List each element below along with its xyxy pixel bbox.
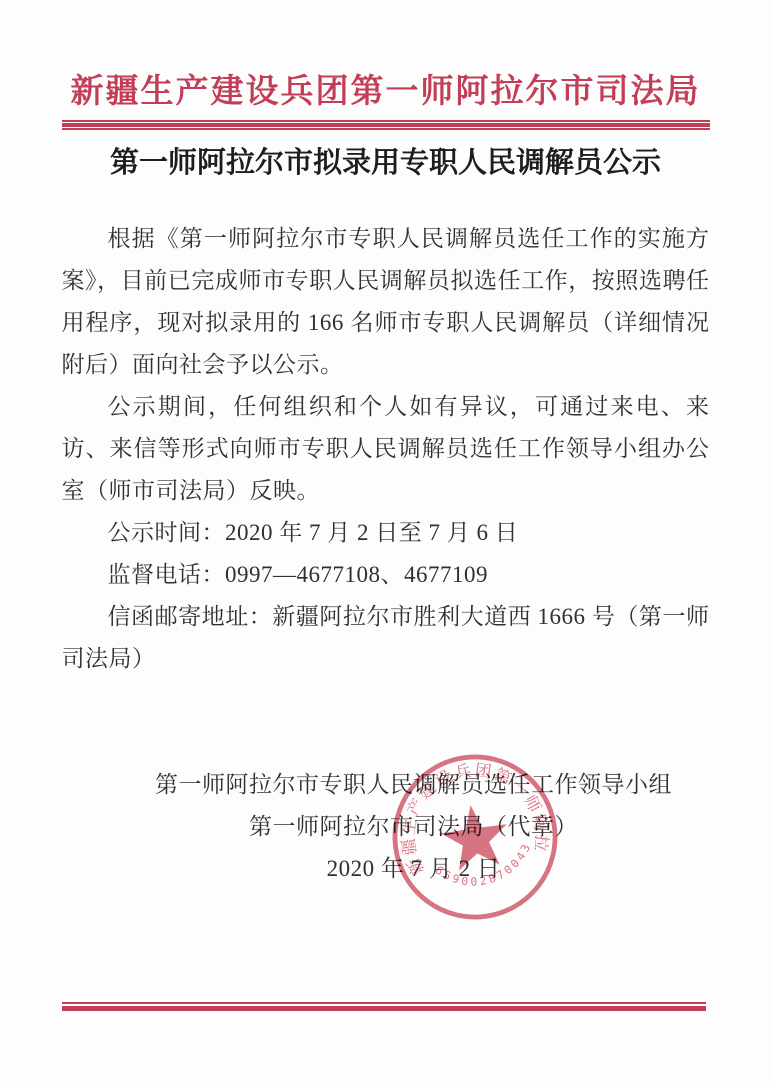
- footer-divider: [62, 1002, 706, 1011]
- letterhead-title: 新疆生产建设兵团第一师阿拉尔市司法局: [0, 70, 771, 114]
- paragraph-intro: 根据《第一师阿拉尔市专职人民调解员选任工作的实施方案》，目前已完成师市专职人民调…: [62, 218, 710, 386]
- line-mail-address: 信函邮寄地址：新疆阿拉尔市胜利大道西 1666 号（第一师司法局）: [62, 596, 710, 680]
- letterhead-divider: [62, 120, 710, 130]
- signature-agency-line: 第一师阿拉尔市司法局（代章）: [118, 806, 710, 848]
- signature-block: 第一师阿拉尔市专职人民调解员选任工作领导小组 第一师阿拉尔市司法局（代章） 20…: [62, 764, 710, 890]
- signature-org-line: 第一师阿拉尔市专职人民调解员选任工作领导小组: [118, 764, 710, 806]
- document-title: 第一师阿拉尔市拟录用专职人民调解员公示: [0, 144, 771, 182]
- line-publicity-period: 公示时间：2020 年 7 月 2 日至 7 月 6 日: [62, 512, 710, 554]
- document-page: 新疆生产建设兵团第一师阿拉尔市司法局 第一师阿拉尔市拟录用专职人民调解员公示 根…: [0, 0, 771, 1085]
- signature-date: 2020 年 7 月 2 日: [118, 848, 710, 890]
- line-supervision-phone: 监督电话：0997—4677108、4677109: [62, 554, 710, 596]
- document-body: 根据《第一师阿拉尔市专职人民调解员选任工作的实施方案》，目前已完成师市专职人民调…: [62, 218, 710, 680]
- paragraph-objection: 公示期间，任何组织和个人如有异议，可通过来电、来访、来信等形式向师市专职人民调解…: [62, 386, 710, 512]
